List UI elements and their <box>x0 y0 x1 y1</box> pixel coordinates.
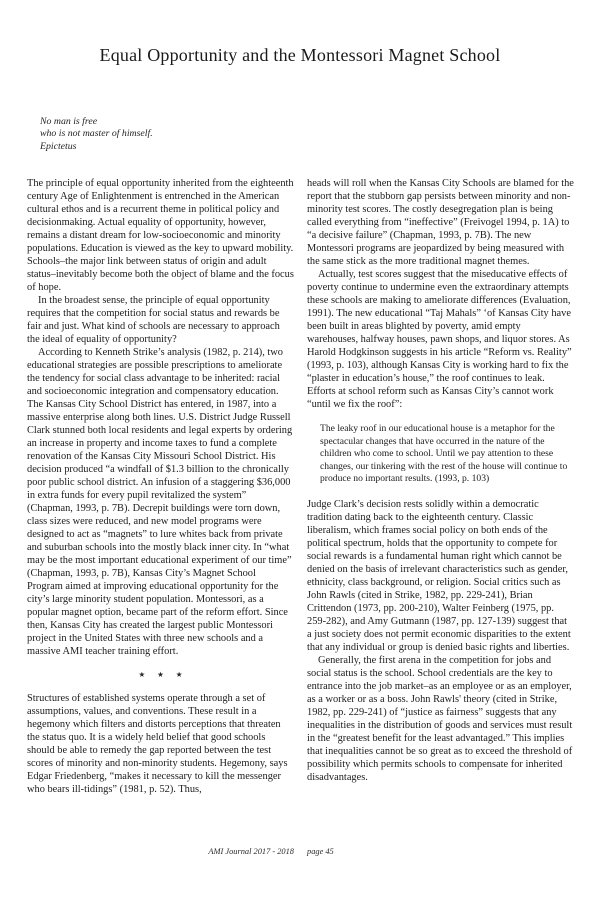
paragraph: Judge Clark’s decision rests solidly wit… <box>307 498 574 654</box>
footer-journal-title: AMI Journal 2017 - 2018 <box>27 847 294 856</box>
right-column: heads will roll when the Kansas City Sch… <box>307 177 574 796</box>
article-body: The principle of equal opportunity inher… <box>27 177 574 796</box>
paragraph: heads will roll when the Kansas City Sch… <box>307 177 574 268</box>
journal-page: Equal Opportunity and the Montessori Mag… <box>0 0 600 900</box>
epigraph-line: who is not master of himself. <box>40 128 153 140</box>
paragraph: Structures of established systems operat… <box>27 692 294 796</box>
article-title: Equal Opportunity and the Montessori Mag… <box>0 45 600 66</box>
paragraph: Actually, test scores suggest that the m… <box>307 268 574 411</box>
paragraph: In the broadest sense, the principle of … <box>27 294 294 346</box>
paragraph: According to Kenneth Strike’s analysis (… <box>27 346 294 658</box>
footer-page-number: page 45 <box>307 847 574 856</box>
epigraph: No man is free who is not master of hims… <box>40 116 153 153</box>
paragraph: Generally, the first arena in the compet… <box>307 654 574 784</box>
epigraph-line: No man is free <box>40 116 153 128</box>
block-quote: The leaky roof in our educational house … <box>320 423 572 486</box>
epigraph-author: Epictetus <box>40 141 153 153</box>
paragraph: The principle of equal opportunity inher… <box>27 177 294 294</box>
left-column: The principle of equal opportunity inher… <box>27 177 294 796</box>
page-footer: AMI Journal 2017 - 2018 page 45 <box>27 847 574 856</box>
section-break-stars: ★ ★ ★ <box>27 668 294 681</box>
